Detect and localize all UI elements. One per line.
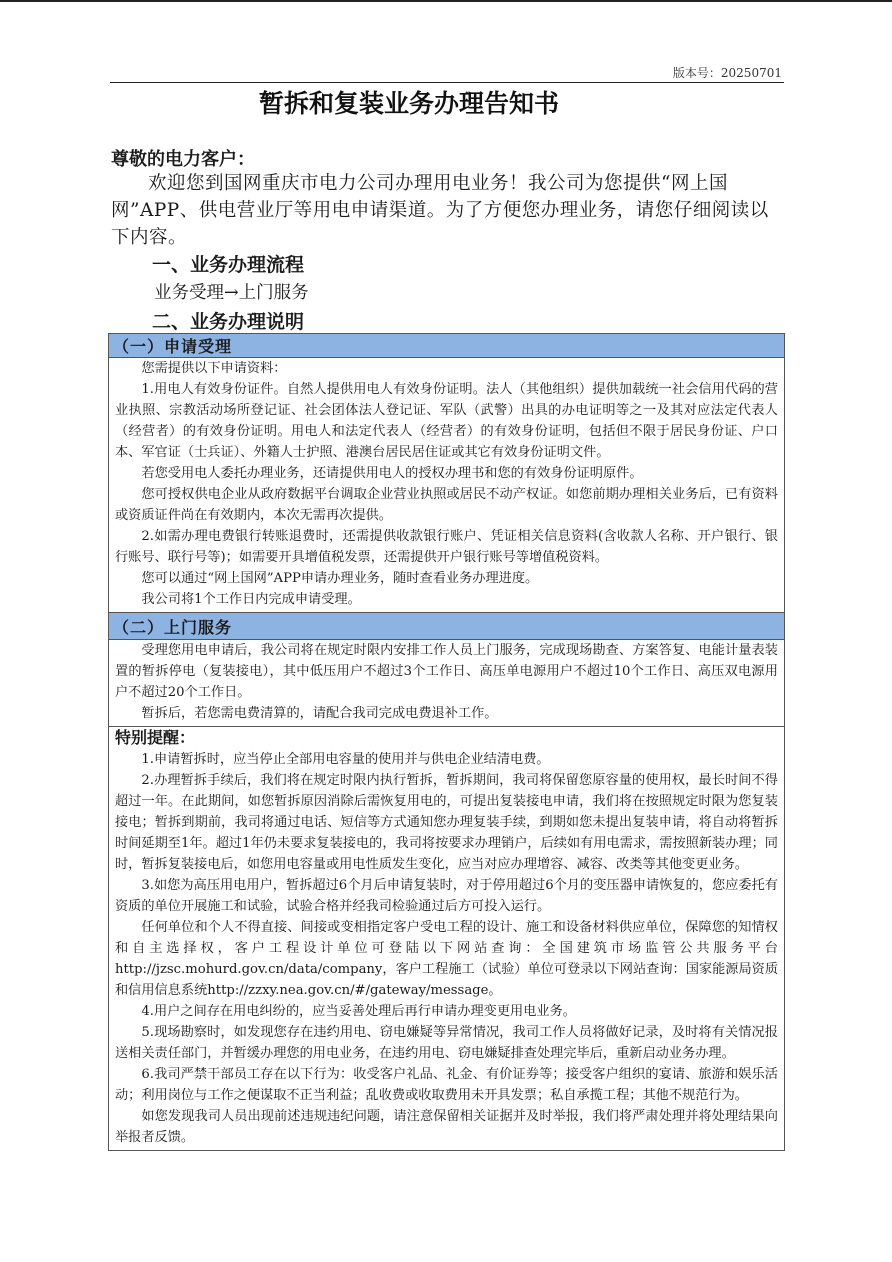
- reminder-title: 特别提醒：: [115, 727, 778, 749]
- apply-section-body: 您需提供以下申请资料： 1.用电人有效身份证件。自然人提供用电人有效身份证明。法…: [109, 358, 785, 613]
- paragraph: 1.用电人有效身份证件。自然人提供用电人有效身份证明。法人（其他组织）提供加载统…: [115, 379, 778, 463]
- apply-section-header: （一）申请受理: [109, 334, 785, 358]
- onsite-section-header: （二）上门服务: [109, 613, 785, 640]
- paragraph: 3.如您为高压用电用户，暂拆超过6个月后申请复装时，对于停用超过6个月的变压器申…: [115, 875, 778, 917]
- onsite-header-row: （二）上门服务: [109, 613, 785, 640]
- onsite-section-body: 受理您用电申请后，我公司将在规定时限内安排工作人员上门服务，完成现场勘查、方案答…: [109, 640, 785, 727]
- document-title-text: 暂拆和复装业务办理告知书: [259, 89, 559, 118]
- reminder-section-body: 特别提醒： 1.申请暂拆时，应当停止全部用电容量的使用并与供电企业结清电费。 2…: [109, 727, 785, 1151]
- paragraph: 您需提供以下申请资料：: [115, 358, 778, 379]
- instructions-table: （一）申请受理 您需提供以下申请资料： 1.用电人有效身份证件。自然人提供用电人…: [108, 333, 785, 1151]
- salutation: 尊敬的电力客户：: [111, 145, 255, 171]
- paragraph: 您可授权供电企业从政府数据平台调取企业营业执照或居民不动产权证。如您前期办理相关…: [115, 484, 778, 526]
- apply-header-row: （一）申请受理: [109, 334, 785, 358]
- onsite-body-row: 受理您用电申请后，我公司将在规定时限内安排工作人员上门服务，完成现场勘查、方案答…: [109, 640, 785, 727]
- paragraph: 受理您用电申请后，我公司将在规定时限内安排工作人员上门服务，完成现场勘查、方案答…: [115, 640, 778, 703]
- paragraph: 如您发现我司人员出现前述违规违纪问题，请注意保留相关证据并及时举报，我们将严肃处…: [115, 1106, 778, 1148]
- paragraph: 6.我司严禁干部员工存在以下行为：收受客户礼品、礼金、有价证券等；接受客户组织的…: [115, 1064, 778, 1106]
- paragraph: 我公司将1个工作日内完成申请受理。: [115, 589, 778, 610]
- paragraph: 任何单位和个人不得直接、间接或变相指定客户受电工程的设计、施工和设备材料供应单位…: [115, 917, 778, 1001]
- header-rule: [110, 82, 784, 83]
- paragraph: 4.用户之间存在用电纠纷的，应当妥善处理后再行申请办理变更用电业务。: [115, 1001, 778, 1022]
- paragraph: 2.如需办理电费银行转账退费时，还需提供收款银行账户、凭证相关信息资料(含收款人…: [115, 526, 778, 568]
- version-number: 版本号：20250701: [673, 64, 782, 81]
- process-flow: 业务受理→上门服务: [154, 279, 309, 304]
- section-heading-process: 一、业务办理流程: [152, 250, 304, 277]
- apply-body-row: 您需提供以下申请资料： 1.用电人有效身份证件。自然人提供用电人有效身份证明。法…: [109, 358, 785, 613]
- page-top-border: [0, 0, 892, 2]
- paragraph: 您可以通过“网上国网”APP申请办理业务，随时查看业务办理进度。: [115, 568, 778, 589]
- reminder-row: 特别提醒： 1.申请暂拆时，应当停止全部用电容量的使用并与供电企业结清电费。 2…: [109, 727, 785, 1151]
- document-title: 暂拆和复装业务办理告知书: [0, 84, 892, 120]
- paragraph: 若您受用电人委托办理业务，还请提供用电人的授权办理书和您的有效身份证明原件。: [115, 463, 778, 484]
- paragraph: 5.现场勘察时，如发现您存在违约用电、窃电嫌疑等异常情况，我司工作人员将做好记录…: [115, 1022, 778, 1064]
- paragraph: 暂拆后，若您需电费清算的，请配合我司完成电费退补工作。: [115, 703, 778, 724]
- paragraph: 1.申请暂拆时，应当停止全部用电容量的使用并与供电企业结清电费。: [115, 749, 778, 770]
- section-heading-instructions: 二、业务办理说明: [152, 307, 304, 334]
- intro-paragraph: 欢迎您到国网重庆市电力公司办理用电业务！我公司为您提供“网上国网”APP、供电营…: [111, 170, 787, 251]
- paragraph: 2.办理暂拆手续后，我们将在规定时限内执行暂拆，暂拆期间，我司将保留您原容量的使…: [115, 770, 778, 875]
